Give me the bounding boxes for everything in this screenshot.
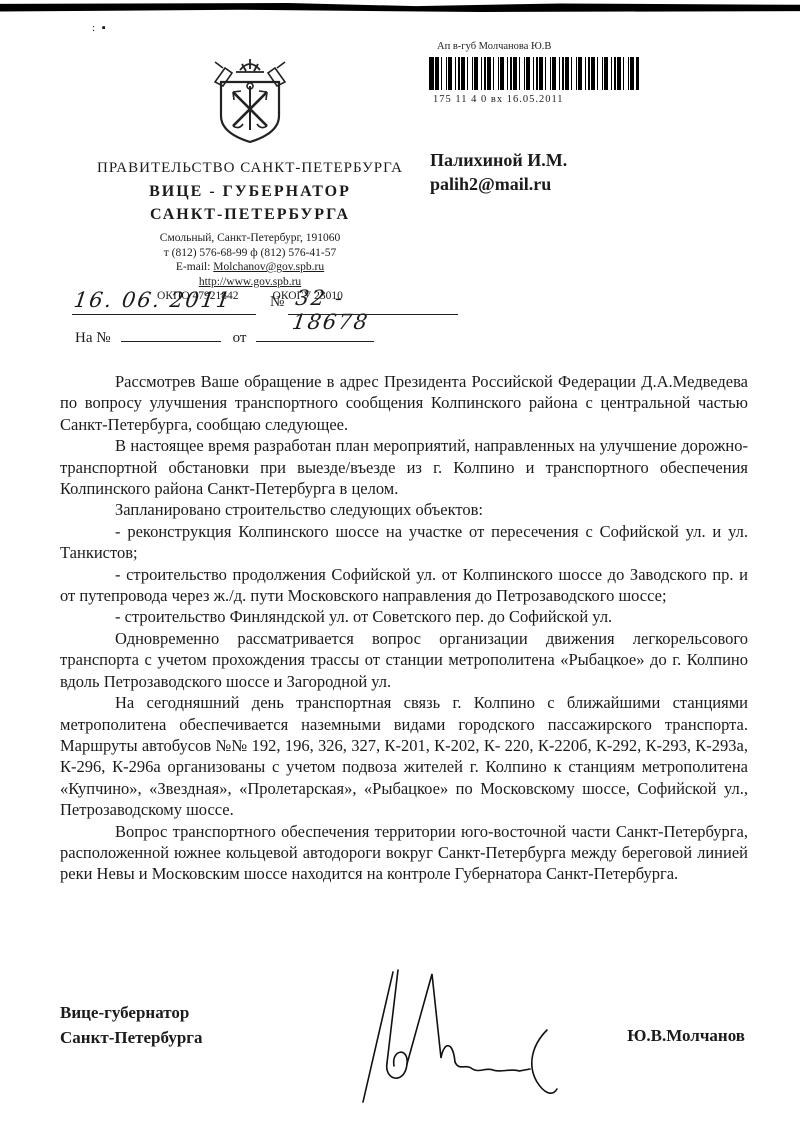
reply-from-label: от	[233, 330, 247, 346]
date-underline	[72, 314, 256, 315]
paragraph: В настоящее время разработан план меропр…	[60, 435, 748, 499]
paragraph: Вопрос транспортного обеспечения террито…	[60, 821, 748, 885]
registration-barcode	[429, 57, 639, 90]
paragraph: - строительство Финляндской ул. от Совет…	[60, 606, 748, 627]
scan-artifact-top-bar	[0, 3, 800, 12]
letterhead-title-line2: САНКТ-ПЕТЕРБУРГА	[70, 206, 430, 224]
reply-number-label: На №	[75, 330, 111, 346]
paragraph: - реконструкция Колпинского шоссе на уча…	[60, 521, 748, 564]
letterhead: ПРАВИТЕЛЬСТВО САНКТ-ПЕТЕРБУРГА ВИЦЕ - ГУ…	[70, 56, 430, 304]
paragraph: Запланировано строительство следующих об…	[60, 499, 748, 520]
number-sign-label: №	[270, 294, 284, 311]
letterhead-title-line1: ВИЦЕ - ГУБЕРНАТОР	[70, 183, 430, 201]
paragraph: Рассмотрев Ваше обращение в адрес Презид…	[60, 371, 748, 435]
scanned-letter-page: : ▪ ПРАВИТЕЛЬСТВО САНКТ-ПЕТЕРБУРГА ВИЦЕ …	[0, 0, 800, 1123]
paragraph: На сегодняшний день транспортная связь г…	[60, 692, 748, 820]
scan-artifact-corner-mark: : ▪	[92, 22, 108, 34]
signer-position: Вице-губернатор Санкт-Петербурга	[60, 1000, 203, 1050]
addressee-email: palih2@mail.ru	[430, 172, 567, 196]
paragraph: Одновременно рассматривается вопрос орга…	[60, 628, 748, 692]
reply-number-blank	[121, 341, 221, 342]
handwritten-outgoing-number: 32 - 18678	[291, 286, 426, 334]
reply-date-blank	[256, 341, 374, 342]
letterhead-phones: т (812) 576-68-99 ф (812) 576-41-57	[70, 247, 430, 261]
number-underline	[288, 314, 458, 315]
registration-stamp-code: 175 11 4 0 вх 16.05.2011	[433, 94, 564, 105]
spb-coat-of-arms-icon	[191, 56, 309, 156]
addressee-name: Палихиной И.М.	[430, 148, 567, 172]
letterhead-address: Смольный, Санкт-Петербург, 191060	[70, 232, 430, 246]
letter-body: Рассмотрев Ваше обращение в адрес Презид…	[60, 371, 748, 885]
email-label: E-mail:	[176, 261, 211, 273]
letterhead-government-line: ПРАВИТЕЛЬСТВО САНКТ-ПЕТЕРБУРГА	[70, 160, 430, 177]
addressee-block: Палихиной И.М. palih2@mail.ru	[430, 148, 567, 196]
handwritten-signature	[360, 960, 580, 1120]
paragraph: - строительство продолжения Софийской ул…	[60, 564, 748, 607]
reply-reference-line: На №от	[75, 330, 425, 347]
letterhead-email-address: Molchanov@gov.spb.ru	[213, 261, 324, 273]
signer-name: Ю.В.Молчанов	[627, 1026, 745, 1046]
handwritten-date: 16. 06. 2011	[72, 288, 233, 312]
letterhead-email-line: E-mail: Molchanov@gov.spb.ru	[70, 261, 430, 275]
registration-stamp-label: Ап в-губ Молчанова Ю.В	[437, 41, 551, 52]
